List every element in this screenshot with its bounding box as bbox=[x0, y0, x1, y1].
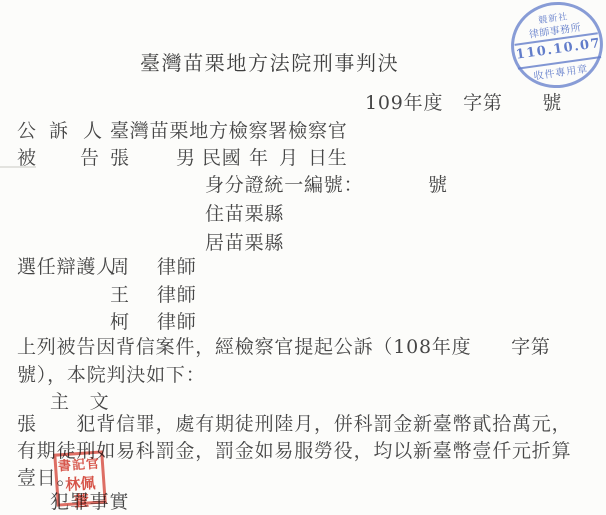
prosecutor-label-char-2: 訴 bbox=[49, 120, 69, 142]
defender-3-name: 柯 bbox=[110, 311, 130, 333]
defender-2-name: 王 bbox=[110, 284, 130, 306]
prosecutor-value: 臺灣苗栗地方檢察署檢察官 bbox=[110, 120, 348, 142]
defenders-label: 選任辯護人 bbox=[17, 256, 116, 278]
preamble-line-1: 上列被告因背信案件，經檢察官提起公訴（108年度 字第 bbox=[17, 336, 551, 358]
sentence-line-1: 張 犯背信罪，處有期徒刑陸月，併科罰金新臺幣貳拾萬元， bbox=[17, 413, 571, 435]
address-residence: 住苗栗縣 bbox=[205, 203, 284, 225]
defendant-label-right: 告 bbox=[80, 147, 100, 169]
defendant-birth-era: 民國 bbox=[202, 147, 242, 169]
clerk-seal-icon: 書記官 林佩萱 bbox=[53, 450, 107, 506]
preamble-line-2: 號），本院判決如下： bbox=[17, 364, 206, 386]
scan-artifact bbox=[0, 166, 36, 168]
defendant-birth-day-suffix: 日生 bbox=[308, 147, 348, 169]
clerk-seal-name: 林佩萱 bbox=[58, 474, 104, 511]
defender-2-title: 律師 bbox=[157, 284, 197, 306]
defendant-birth-month-suffix: 月 bbox=[279, 147, 299, 169]
defendant-gender: 男 bbox=[176, 147, 196, 169]
address-domicile: 居苗栗縣 bbox=[205, 232, 284, 254]
prosecutor-label-char-3: 人 bbox=[83, 120, 103, 142]
clerk-seal-title: 書記官 bbox=[57, 457, 102, 475]
id-number-label: 身分證統一編號： bbox=[205, 174, 363, 196]
receipt-date-stamp-icon: 競新社 律師事務所 110.10.07 收件專用章 bbox=[505, 0, 606, 94]
id-number-suffix: 號 bbox=[428, 174, 448, 196]
court-judgment-scan: 臺灣苗栗地方法院刑事判決 109年度 字第 號 公 訴 人 臺灣苗栗地方檢察署檢… bbox=[0, 0, 606, 515]
case-number: 109年度 字第 號 bbox=[365, 92, 562, 114]
prosecutor-label-char-1: 公 bbox=[17, 120, 37, 142]
main-text-heading: 主 文 bbox=[50, 391, 109, 413]
defendant-birth-year-suffix: 年 bbox=[249, 147, 269, 169]
defender-3-title: 律師 bbox=[157, 311, 197, 333]
defendant-surname: 張 bbox=[110, 147, 130, 169]
defender-1-name: 周 bbox=[110, 256, 130, 278]
defender-1-title: 律師 bbox=[157, 256, 197, 278]
page-title: 臺灣苗栗地方法院刑事判決 bbox=[140, 52, 399, 74]
